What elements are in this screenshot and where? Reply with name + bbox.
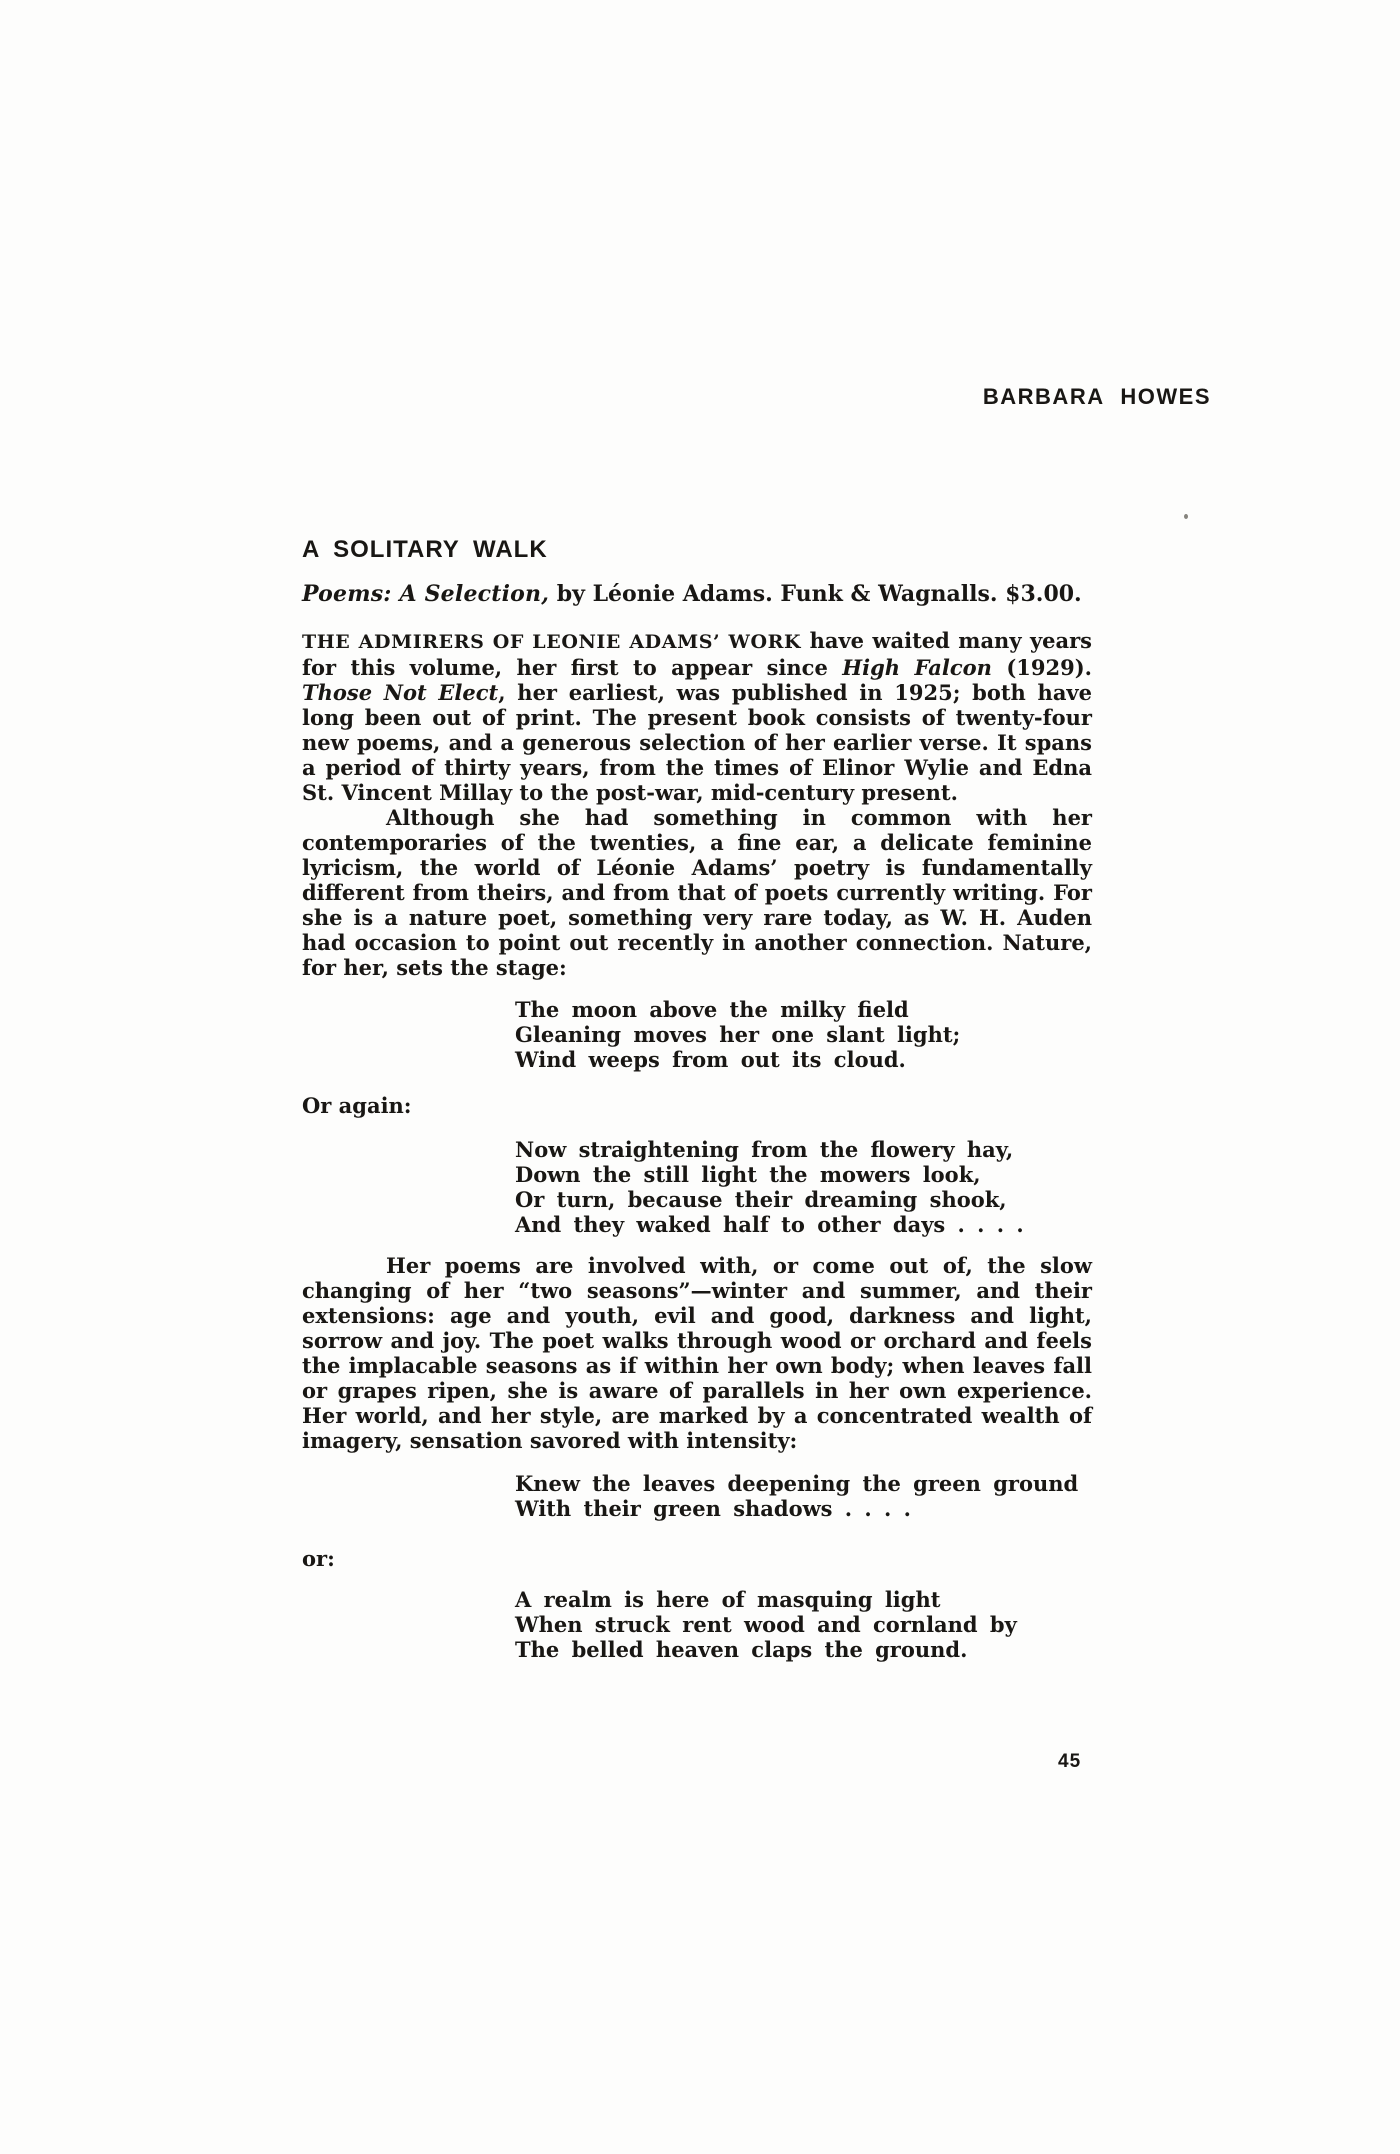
poem-line: When struck rent wood and cornland by xyxy=(515,1612,1092,1637)
poem-line: The moon above the milky field xyxy=(515,997,1092,1022)
transition-or: or: xyxy=(302,1546,1092,1571)
poem-quote-3: Knew the leaves deepening the green grou… xyxy=(515,1471,1092,1521)
poem-line: With their green shadows . . . . xyxy=(515,1496,1092,1521)
poem-line: Wind weeps from out its cloud. xyxy=(515,1047,1092,1072)
poem-line: Or turn, because their dreaming shook, xyxy=(515,1187,1092,1212)
book-title-high-falcon: High Falcon xyxy=(842,655,992,680)
paragraph-1: THE ADMIRERS OF LEONIE ADAMS’ WORK have … xyxy=(302,628,1092,805)
poem-quote-1: The moon above the milky field Gleaning … xyxy=(515,997,1092,1072)
article-title: A SOLITARY WALK xyxy=(302,538,1092,562)
poem-line: Now straightening from the flowery hay, xyxy=(515,1137,1092,1162)
paragraph-1-text: (1929). xyxy=(992,655,1092,680)
citation-publisher-price: by Léonie Adams. Funk & Wagnalls. $3.00. xyxy=(549,581,1082,607)
scan-speck xyxy=(1184,514,1188,519)
paragraph-opener-smallcaps: THE ADMIRERS OF LEONIE ADAMS’ WORK xyxy=(302,631,801,653)
poem-line: The belled heaven claps the ground. xyxy=(515,1637,1092,1662)
paragraph-3: Her poems are involved with, or come out… xyxy=(302,1253,1092,1453)
running-head-author: BARBARA HOWES xyxy=(0,385,1211,409)
page-number: 45 xyxy=(1058,1751,1081,1773)
poem-quote-4: A realm is here of masquing light When s… xyxy=(515,1587,1092,1662)
poem-line: Gleaning moves her one slant light; xyxy=(515,1022,1092,1047)
review-article: A SOLITARY WALK Poems: A Selection, by L… xyxy=(302,538,1092,1662)
poem-line: And they waked half to other days . . . … xyxy=(515,1212,1092,1237)
book-page: BARBARA HOWES A SOLITARY WALK Poems: A S… xyxy=(0,0,1400,2154)
poem-quote-2: Now straightening from the flowery hay, … xyxy=(515,1137,1092,1237)
poem-line: Down the still light the mowers look, xyxy=(515,1162,1092,1187)
paragraph-2: Although she had something in common wit… xyxy=(302,805,1092,980)
book-title-those-not-elect: Those Not Elect xyxy=(302,680,498,705)
poem-line: Knew the leaves deepening the green grou… xyxy=(515,1471,1092,1496)
book-citation: Poems: A Selection, by Léonie Adams. Fun… xyxy=(302,581,1092,608)
citation-book-title: Poems: A Selection, xyxy=(302,581,549,607)
poem-line: A realm is here of masquing light xyxy=(515,1587,1092,1612)
transition-or-again: Or again: xyxy=(302,1093,1092,1118)
